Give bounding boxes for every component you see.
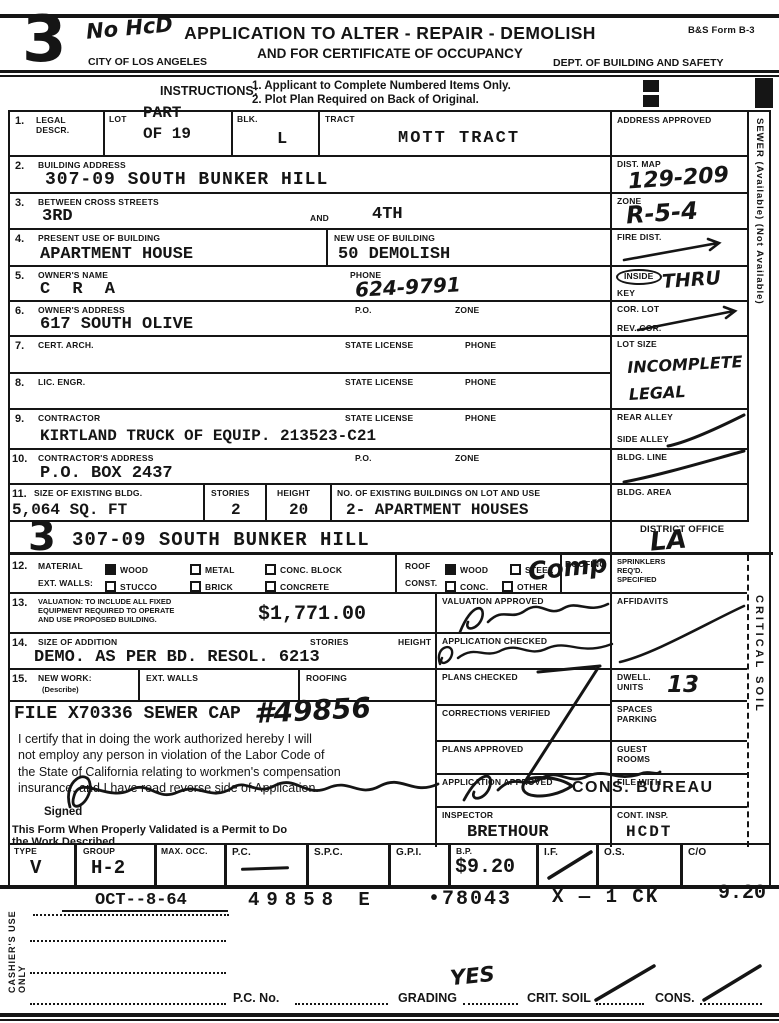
building-address-value: 307-09 SOUTH BUNKER HILL — [45, 170, 328, 190]
district-office-value: LA — [649, 524, 688, 557]
stamp-date-underline — [62, 910, 228, 912]
dist-map-cell: DIST. MAP 129-209 — [610, 157, 747, 194]
group-label: GROUP — [83, 847, 115, 857]
field-label: NO. OF EXISTING BUILDINGS ON LOT AND USE — [337, 489, 540, 499]
field-tract: TRACT MOTT TRACT — [320, 112, 610, 157]
concrete-checkbox-group: CONCRETE — [265, 577, 329, 595]
field-new-work: 15. NEW WORK: (Describe) — [10, 670, 140, 702]
roofing-label: ROOFING — [306, 674, 347, 684]
size-of-addition-value: DEMO. AS PER BD. RESOL. 6213 — [34, 648, 320, 667]
field-stories: STORIES 2 — [205, 485, 267, 522]
cons-bureau-stamp: CONS. BUREAU — [572, 779, 714, 797]
type-value: V — [30, 857, 41, 879]
pc-no-label: P.C. No. — [233, 991, 279, 1005]
sewer-cap-number: #49856 — [253, 691, 371, 730]
field-label: SIZE OF EXISTING BLDG. — [34, 489, 142, 499]
po-label: P.O. — [355, 454, 372, 464]
conc-block-checkbox-group: CONC. BLOCK — [265, 560, 342, 578]
zone-label: ZONE — [455, 454, 479, 464]
item-number: 11. — [12, 488, 27, 500]
and-label: AND — [310, 214, 329, 224]
field-legal-descr: 1. LEGAL DESCR. — [10, 112, 105, 157]
item-number: 12. — [12, 560, 27, 572]
stories-label: STORIES — [310, 638, 349, 648]
field-label: HEIGHT — [277, 489, 310, 499]
state-license-label: STATE LICENSE — [345, 414, 413, 424]
stamp-amount: 9.20 — [718, 882, 766, 905]
cor-lot-check-mark — [634, 305, 746, 333]
co-cell: C/O — [683, 845, 773, 885]
instructions-line1: 1. Applicant to Complete Numbered Items … — [252, 80, 511, 92]
form-number-band: 3 — [28, 514, 56, 560]
instructions-line2: 2. Plot Plan Required on Back of Origina… — [252, 94, 479, 106]
file-number-value: FILE X70336 SEWER CAP — [14, 704, 241, 724]
metal-checkbox — [190, 564, 201, 575]
conc-label: CONC. — [460, 582, 488, 592]
sewer-strip: SEWER (Available) (Not Available) — [747, 112, 773, 522]
ink-block — [643, 95, 659, 107]
affidavits-check-mark — [614, 598, 749, 668]
max-occ-cell: MAX. OCC. — [157, 845, 227, 885]
field-present-use: 4. PRESENT USE OF BUILDING APARTMENT HOU… — [10, 230, 328, 267]
field-building-address: 2. BUILDING ADDRESS 307-09 SOUTH BUNKER … — [10, 157, 610, 194]
file-line: FILE X70336 SEWER CAP #49856 — [10, 702, 435, 727]
type-cell: TYPE V — [10, 845, 77, 885]
wood-checkbox-group: WOOD — [105, 560, 148, 578]
zone-value: R-5-4 — [625, 197, 699, 230]
field-contractor: 9. CONTRACTOR STATE LICENSE PHONE KIRTLA… — [10, 410, 610, 450]
contractor-value: KIRTLAND TRUCK OF EQUIP. 213523-C21 — [40, 427, 376, 445]
material-label: MATERIAL — [38, 562, 83, 572]
item-number: 13. — [12, 597, 27, 609]
wood-checkbox — [105, 564, 116, 575]
item-number: 10. — [12, 453, 27, 465]
bldg-area-cell: BLDG. AREA — [610, 485, 747, 522]
pc-label: P.C. — [232, 847, 251, 859]
field-label: NEW USE OF BUILDING — [334, 234, 435, 244]
district-office-cell: DISTRICT OFFICE LA — [610, 522, 773, 555]
critical-soil-strip: CRITICAL SOIL — [747, 555, 773, 847]
owner-address-value: 617 SOUTH OLIVE — [40, 315, 193, 334]
max-occ-label: MAX. OCC. — [161, 847, 208, 857]
cons-slash-mark — [700, 962, 768, 1004]
bottom-rule-thick — [0, 1013, 779, 1017]
pc-dash-mark — [241, 866, 289, 871]
item-number: 5. — [15, 270, 24, 282]
zone-label: ZONE — [455, 306, 479, 316]
lot-value: PART OF 19 — [143, 103, 191, 145]
critical-soil-vertical-label: CRITICAL SOIL — [753, 595, 765, 714]
grading-line — [463, 1003, 518, 1005]
gpi-cell: G.P.I. — [391, 845, 451, 885]
field-owner-address: 6. OWNER'S ADDRESS 617 SOUTH OLIVE P.O. … — [10, 302, 610, 337]
inside-value: THRU — [661, 267, 721, 293]
cashier-dotted-line — [30, 972, 226, 974]
blk-value: L — [277, 130, 287, 149]
field-cert-arch: 7. CERT. ARCH. STATE LICENSE PHONE — [10, 337, 610, 374]
affidavits-cell: AFFIDAVITS — [610, 594, 747, 670]
bp-cell: B.P. $9.20 — [451, 845, 539, 885]
roof-wood-label: WOOD — [460, 565, 488, 575]
sprinklers-cell: SPRINKLERS REQ'D. SPECIFIED — [610, 555, 747, 594]
phone-label: PHONE — [465, 341, 496, 351]
gpi-label: G.P.I. — [396, 847, 421, 859]
validation-rule — [0, 885, 779, 889]
form-number-large: 3 — [22, 12, 67, 68]
os-cell: O.S. — [599, 845, 683, 885]
classification-row: TYPE V GROUP H-2 MAX. OCC. P.C. S.P.C. G… — [8, 845, 771, 885]
field-new-use: NEW USE OF BUILDING 50 DEMOLISH — [328, 230, 610, 267]
header-rule-thin — [0, 75, 779, 77]
state-license-label: STATE LICENSE — [345, 341, 413, 351]
instructions-label: INSTRUCTIONS: — [160, 84, 258, 98]
stucco-checkbox — [105, 581, 116, 592]
field-material: 12. MATERIAL WOOD METAL CONC. BLOCK EXT.… — [10, 555, 395, 594]
metal-label: METAL — [205, 565, 235, 575]
field-label: STORIES — [211, 489, 250, 499]
wood-label: WOOD — [120, 565, 148, 575]
existing-buildings-value: 2- APARTMENT HOUSES — [346, 501, 528, 519]
zone-cell: ZONE R-5-4 — [610, 194, 747, 230]
cashiers-use-only-label: CASHIER'S USE ONLY — [7, 893, 27, 993]
spaces-parking-label: SPACES PARKING — [617, 705, 657, 725]
field-label: NEW WORK: — [38, 674, 92, 684]
new-use-value: 50 DEMOLISH — [338, 245, 450, 264]
tract-value: MOTT TRACT — [398, 129, 520, 148]
item-number: 7. — [15, 340, 24, 352]
signature-applicant — [60, 762, 450, 820]
conc-checkbox — [445, 581, 456, 592]
item-number: 15. — [12, 673, 27, 685]
ink-block — [643, 80, 659, 92]
inside-key-cell: INSIDE THRU KEY — [610, 267, 747, 302]
spc-label: S.P.C. — [314, 847, 343, 859]
lot-size-value: INCOMPLETE LEGAL — [627, 348, 745, 408]
concrete-label: CONCRETE — [280, 582, 329, 592]
field-size-of-addition: 14. SIZE OF ADDITION STORIES HEIGHT DEMO… — [10, 634, 435, 670]
cont-insp-label: CONT. INSP. — [617, 811, 668, 821]
stucco-label: STUCCO — [120, 582, 157, 592]
dwell-units-value: 13 — [667, 672, 699, 698]
brick-label: BRICK — [205, 582, 233, 592]
bottom-rule-thin — [0, 1019, 779, 1021]
other-checkbox — [502, 581, 513, 592]
address-approved-label: ADDRESS APPROVED — [617, 116, 712, 126]
cashier-dotted-line — [30, 940, 226, 942]
type-label: TYPE — [14, 847, 37, 857]
cont-insp-cell: CONT. INSP. HCDT — [610, 808, 747, 847]
dwell-units-label: DWELL. UNITS — [617, 673, 651, 693]
pc-no-line — [295, 1003, 388, 1005]
concrete-checkbox — [265, 581, 276, 592]
ext-walls-label: EXT. WALLS: — [38, 579, 93, 589]
os-label: O.S. — [604, 847, 625, 859]
field-lot: LOT PART OF 19 — [105, 112, 233, 157]
po-label: P.O. — [355, 306, 372, 316]
cashier-dotted-line — [33, 914, 229, 916]
brick-checkbox — [190, 581, 201, 592]
bp-value: $9.20 — [455, 856, 515, 879]
stamp-check-mark: X — 1 CK — [552, 886, 659, 908]
height-value: 20 — [289, 501, 308, 519]
field-label: LOT — [109, 115, 127, 125]
field-label: LEGAL DESCR. — [36, 116, 69, 136]
item-number: 4. — [15, 233, 24, 245]
item-number: 8. — [15, 377, 24, 389]
roof-wood-checkbox-group: WOOD — [445, 560, 488, 578]
height-label: HEIGHT — [398, 638, 431, 648]
item-number: 14. — [12, 637, 27, 649]
city-label: CITY OF LOS ANGELES — [88, 56, 207, 68]
item-number: 2. — [15, 160, 24, 172]
field-lic-engr: 8. LIC. ENGR. STATE LICENSE PHONE — [10, 374, 610, 410]
alley-cell: REAR ALLEY SIDE ALLEY — [610, 410, 747, 450]
group-cell: GROUP H-2 — [77, 845, 157, 885]
alley-check-mark — [616, 412, 746, 450]
inspector-cell: INSPECTOR BRETHOUR — [435, 808, 610, 847]
inside-label: INSIDE — [616, 269, 662, 285]
field-height: HEIGHT 20 — [267, 485, 332, 522]
stamp-register-number: •78043 — [428, 888, 512, 911]
field-label: CONTRACTOR'S ADDRESS — [38, 454, 154, 464]
field-existing-buildings: NO. OF EXISTING BUILDINGS ON LOT AND USE… — [332, 485, 610, 522]
phone-label: PHONE — [465, 378, 496, 388]
conc-block-checkbox — [265, 564, 276, 575]
stamp-number: 49858 E — [248, 889, 377, 911]
address-band: 3 307-09 SOUTH BUNKER HILL — [10, 522, 610, 555]
state-license-label: STATE LICENSE — [345, 378, 413, 388]
field-valuation: 13. VALUATION: TO INCLUDE ALL FIXED EQUI… — [10, 594, 435, 634]
band-address-value: 307-09 SOUTH BUNKER HILL — [72, 529, 370, 551]
field-label: LIC. ENGR. — [38, 378, 85, 388]
metal-checkbox-group: METAL — [190, 560, 235, 578]
form-code: B&S Form B-3 — [688, 26, 755, 37]
signature-valuation-approved — [452, 592, 617, 640]
group-value: H-2 — [91, 857, 125, 879]
stamp-date: OCT--8-64 — [95, 891, 187, 910]
valuation-value: $1,771.00 — [258, 603, 366, 626]
spc-cell: S.P.C. — [309, 845, 391, 885]
sprinklers-label: SPRINKLERS REQ'D. SPECIFIED — [617, 557, 665, 584]
address-approved-cell: ADDRESS APPROVED — [610, 112, 747, 157]
valuation-label: VALUATION: TO INCLUDE ALL FIXED EQUIPMEN… — [38, 597, 174, 624]
co-label: C/O — [688, 847, 706, 859]
dept-label: DEPT. OF BUILDING AND SAFETY — [553, 57, 724, 69]
roof-label: ROOF — [405, 562, 430, 572]
cross-street-a: 3RD — [42, 207, 73, 226]
grading-value: YES — [449, 962, 496, 991]
cont-insp-value: HCDT — [626, 823, 672, 841]
conc-block-label: CONC. BLOCK — [280, 565, 342, 575]
header-rule-thick — [0, 70, 779, 73]
steel-checkbox — [510, 564, 521, 575]
field-label: CERT. ARCH. — [38, 341, 94, 351]
stucco-checkbox-group: STUCCO — [105, 577, 157, 595]
field-label: PRESENT USE OF BUILDING — [38, 234, 160, 244]
crit-soil-slash-mark — [592, 962, 662, 1004]
field-label: TRACT — [325, 115, 355, 125]
permit-form: 3 No HcD APPLICATION TO ALTER - REPAIR -… — [0, 0, 779, 1023]
crit-soil-label: CRIT. SOIL — [527, 991, 591, 1005]
item-number: 9. — [15, 413, 24, 425]
cross-street-b: 4TH — [372, 205, 403, 224]
bldg-line-check-mark — [616, 452, 746, 485]
field-contractor-address: 10. CONTRACTOR'S ADDRESS P.O. BOX 2437 P… — [10, 450, 610, 485]
form-body: 1. LEGAL DESCR. LOT PART OF 19 BLK. L TR… — [8, 110, 771, 845]
if-cell: I.F. — [539, 845, 599, 885]
roof-wood-checkbox — [445, 564, 456, 575]
field-label: CONTRACTOR — [38, 414, 100, 424]
field-cross-streets: 3. BETWEEN CROSS STREETS 3RD AND 4TH — [10, 194, 610, 230]
grading-label: GRADING — [398, 991, 457, 1005]
item-number: 3. — [15, 197, 24, 209]
const-label: CONST. — [405, 579, 437, 589]
ink-block — [755, 78, 773, 108]
fire-dist-cell: FIRE DIST. — [610, 230, 747, 267]
field-blk: BLK. L — [233, 112, 320, 157]
inspector-value: BRETHOUR — [467, 823, 549, 842]
pc-cell: P.C. — [227, 845, 309, 885]
item-number: 1. — [15, 115, 24, 127]
field-label: BLK. — [237, 115, 258, 125]
bldg-line-cell: BLDG. LINE — [610, 450, 747, 485]
ext-walls-label: EXT. WALLS — [146, 674, 198, 684]
lot-size-label: LOT SIZE — [617, 340, 657, 350]
cashier-dotted-line — [30, 1003, 226, 1005]
phone-label: PHONE — [465, 414, 496, 424]
bldg-area-label: BLDG. AREA — [617, 488, 672, 498]
field-owner-name: 5. OWNER'S NAME C R A PHONE 624-9791 — [10, 267, 610, 302]
phone-value: 624-9791 — [354, 272, 461, 302]
owner-name-value: C R A — [40, 280, 121, 299]
stories-value: 2 — [231, 501, 241, 519]
cons-label: CONS. — [655, 991, 695, 1005]
cor-lot-cell: COR. LOT REV. COR. — [610, 302, 747, 337]
describe-label: (Describe) — [42, 685, 79, 694]
field-label: SIZE OF ADDITION — [38, 638, 117, 648]
present-use-value: APARTMENT HOUSE — [40, 245, 193, 264]
dwell-units-cell: DWELL. UNITS 13 — [610, 670, 747, 702]
form-title-line1: APPLICATION TO ALTER - REPAIR - DEMOLISH — [150, 23, 630, 44]
spaces-parking-cell: SPACES PARKING — [610, 702, 747, 742]
brick-checkbox-group: BRICK — [190, 577, 233, 595]
lot-size-cell: LOT SIZE INCOMPLETE LEGAL — [610, 337, 747, 410]
validated-note: This Form When Properly Validated is a P… — [10, 824, 435, 847]
contractor-address-value: P.O. BOX 2437 — [40, 464, 173, 483]
fire-dist-check-mark — [620, 238, 735, 264]
if-slash-mark — [543, 848, 598, 882]
item-number: 6. — [15, 305, 24, 317]
key-label: KEY — [617, 289, 635, 299]
sewer-vertical-label: SEWER (Available) (Not Available) — [754, 118, 765, 305]
